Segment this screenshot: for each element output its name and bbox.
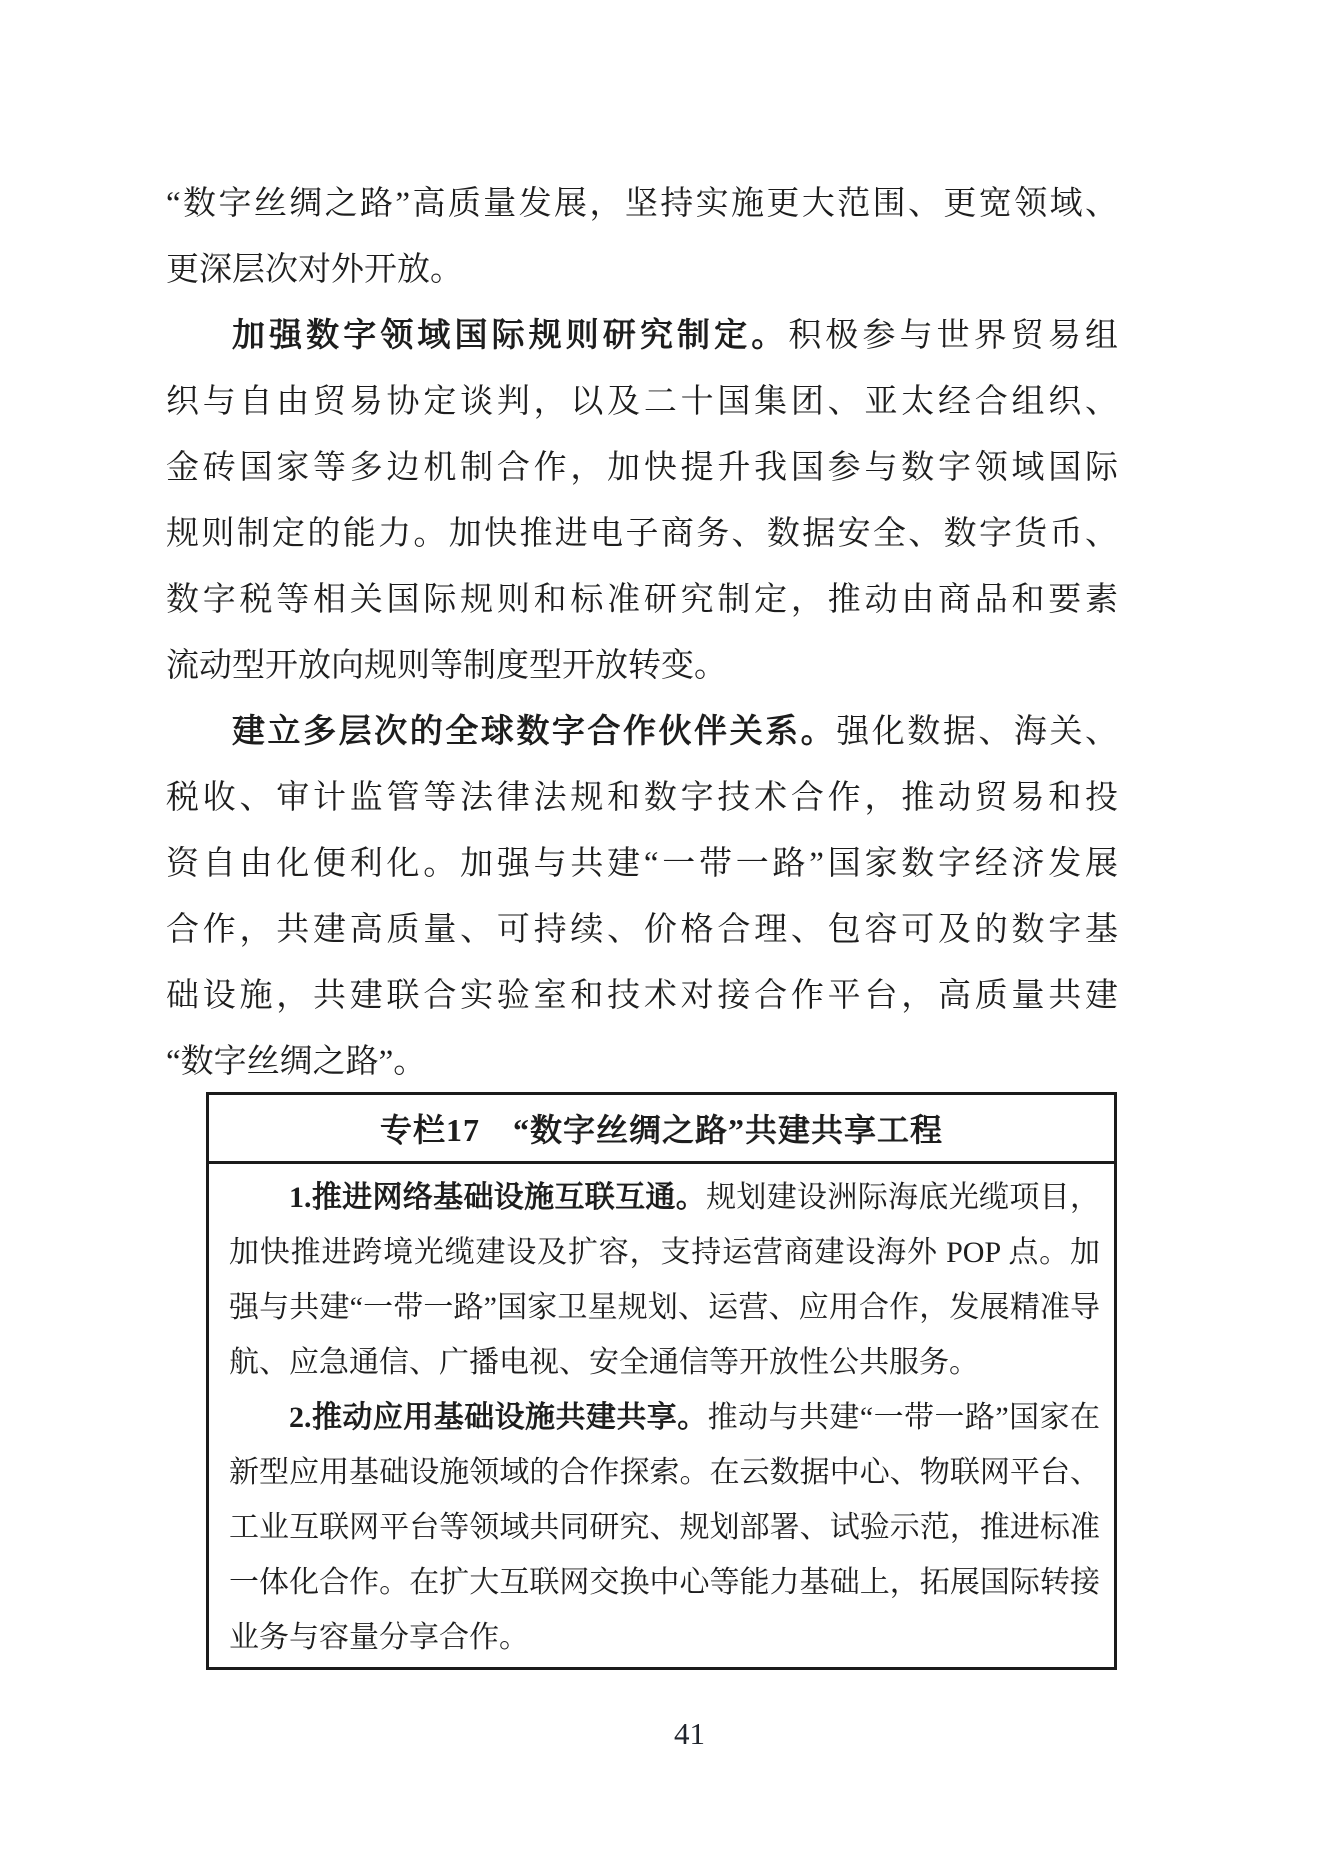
callout-box-body: 1.推进网络基础设施互联互通。规划建设洲际海底光缆项目， 加快推进跨境光缆建设及…	[209, 1164, 1114, 1667]
text-line: 金砖国家等多边机制合作，加快提升我国参与数字领域国际	[166, 435, 1118, 501]
line-text: 织与自由贸易协定谈判，以及二十国集团、亚太经合组织、	[166, 384, 1118, 420]
line-text: 新型应用基础设施领域的合作探索。在云数据中心、物联网平台、	[229, 1456, 1100, 1489]
line-text: “数字丝绸之路”高质量发展，坚持实施更大范围、更宽领域、	[166, 186, 1118, 222]
line-text: 资自由化便利化。加强与共建“一带一路”国家数字经济发展	[166, 846, 1118, 882]
paragraph: 2.推动应用基础设施共建共享。推动与共建“一带一路”国家在 新型应用基础设施领域…	[229, 1390, 1100, 1665]
line-text: 业务与容量分享合作。	[229, 1621, 529, 1654]
line-text: 航、应急通信、广播电视、安全通信等开放性公共服务。	[229, 1346, 979, 1379]
text-line: 流动型开放向规则等制度型开放转变。	[166, 633, 1118, 699]
line-text: 更深层次对外开放。	[166, 252, 463, 288]
main-text-column: “数字丝绸之路”高质量发展，坚持实施更大范围、更宽领域、 更深层次对外开放。 加…	[166, 171, 1118, 1095]
page-number: 41	[0, 1716, 1323, 1752]
line-text: 础设施，共建联合实验室和技术对接合作平台，高质量共建	[166, 978, 1118, 1014]
text-line: 2.推动应用基础设施共建共享。推动与共建“一带一路”国家在	[229, 1390, 1100, 1445]
line-text: 强与共建“一带一路”国家卫星规划、运营、应用合作，发展精准导	[229, 1291, 1100, 1324]
paragraph: 加强数字领域国际规则研究制定。积极参与世界贸易组 织与自由贸易协定谈判，以及二十…	[166, 303, 1118, 699]
text-line: 业务与容量分享合作。	[229, 1610, 1100, 1665]
line-text: 一体化合作。在扩大互联网交换中心等能力基础上，拓展国际转接	[229, 1566, 1100, 1599]
line-text: 加快推进跨境光缆建设及扩容，支持运营商建设海外 POP 点。加	[229, 1236, 1100, 1269]
line-text: 流动型开放向规则等制度型开放转变。	[166, 648, 727, 684]
text-line: 航、应急通信、广播电视、安全通信等开放性公共服务。	[229, 1335, 1100, 1390]
line-text: 规划建设洲际海底光缆项目，	[706, 1181, 1100, 1214]
text-line: 数字税等相关国际规则和标准研究制定，推动由商品和要素	[166, 567, 1118, 633]
line-text: “数字丝绸之路”。	[166, 1044, 426, 1080]
line-text: 积极参与世界贸易组	[788, 318, 1118, 354]
callout-box-header: 专栏17 “数字丝绸之路”共建共享工程	[209, 1095, 1114, 1164]
document-page: { "page": { "number": "41", "background"…	[0, 0, 1323, 1871]
text-line: 1.推进网络基础设施互联互通。规划建设洲际海底光缆项目，	[229, 1170, 1100, 1225]
line-text: 税收、审计监管等法律法规和数字技术合作，推动贸易和投	[166, 780, 1118, 816]
text-line: 更深层次对外开放。	[166, 237, 1118, 303]
line-text: 数字税等相关国际规则和标准研究制定，推动由商品和要素	[166, 582, 1118, 618]
text-line: 工业互联网平台等领域共同研究、规划部署、试验示范，推进标准	[229, 1500, 1100, 1555]
callout-box-title: 专栏17 “数字丝绸之路”共建共享工程	[380, 1105, 943, 1151]
line-text: 工业互联网平台等领域共同研究、规划部署、试验示范，推进标准	[229, 1511, 1100, 1544]
line-text: 合作，共建高质量、可持续、价格合理、包容可及的数字基	[166, 912, 1118, 948]
text-line: 资自由化便利化。加强与共建“一带一路”国家数字经济发展	[166, 831, 1118, 897]
text-line: “数字丝绸之路”高质量发展，坚持实施更大范围、更宽领域、	[166, 171, 1118, 237]
line-bold-lead: 建立多层次的全球数字合作伙伴关系。	[232, 714, 836, 750]
line-bold-lead: 2.推动应用基础设施共建共享。	[289, 1401, 708, 1434]
line-bold-lead: 1.推进网络基础设施互联互通。	[289, 1181, 706, 1214]
text-line: 加快推进跨境光缆建设及扩容，支持运营商建设海外 POP 点。加	[229, 1225, 1100, 1280]
text-line: 税收、审计监管等法律法规和数字技术合作，推动贸易和投	[166, 765, 1118, 831]
text-line: 础设施，共建联合实验室和技术对接合作平台，高质量共建	[166, 963, 1118, 1029]
paragraph: 1.推进网络基础设施互联互通。规划建设洲际海底光缆项目， 加快推进跨境光缆建设及…	[229, 1170, 1100, 1390]
text-line: “数字丝绸之路”。	[166, 1029, 1118, 1095]
line-text: 强化数据、海关、	[836, 714, 1118, 750]
paragraph: “数字丝绸之路”高质量发展，坚持实施更大范围、更宽领域、 更深层次对外开放。	[166, 171, 1118, 303]
text-line: 规则制定的能力。加快推进电子商务、数据安全、数字货币、	[166, 501, 1118, 567]
line-text: 规则制定的能力。加快推进电子商务、数据安全、数字货币、	[166, 516, 1118, 552]
line-text: 金砖国家等多边机制合作，加快提升我国参与数字领域国际	[166, 450, 1118, 486]
line-text: 推动与共建“一带一路”国家在	[708, 1401, 1100, 1434]
paragraph: 建立多层次的全球数字合作伙伴关系。强化数据、海关、 税收、审计监管等法律法规和数…	[166, 699, 1118, 1095]
text-line: 建立多层次的全球数字合作伙伴关系。强化数据、海关、	[166, 699, 1118, 765]
line-bold-lead: 加强数字领域国际规则研究制定。	[232, 318, 788, 354]
text-line: 加强数字领域国际规则研究制定。积极参与世界贸易组	[166, 303, 1118, 369]
callout-box: 专栏17 “数字丝绸之路”共建共享工程 1.推进网络基础设施互联互通。规划建设洲…	[206, 1092, 1117, 1670]
text-line: 织与自由贸易协定谈判，以及二十国集团、亚太经合组织、	[166, 369, 1118, 435]
text-line: 合作，共建高质量、可持续、价格合理、包容可及的数字基	[166, 897, 1118, 963]
text-line: 强与共建“一带一路”国家卫星规划、运营、应用合作，发展精准导	[229, 1280, 1100, 1335]
text-line: 新型应用基础设施领域的合作探索。在云数据中心、物联网平台、	[229, 1445, 1100, 1500]
text-line: 一体化合作。在扩大互联网交换中心等能力基础上，拓展国际转接	[229, 1555, 1100, 1610]
